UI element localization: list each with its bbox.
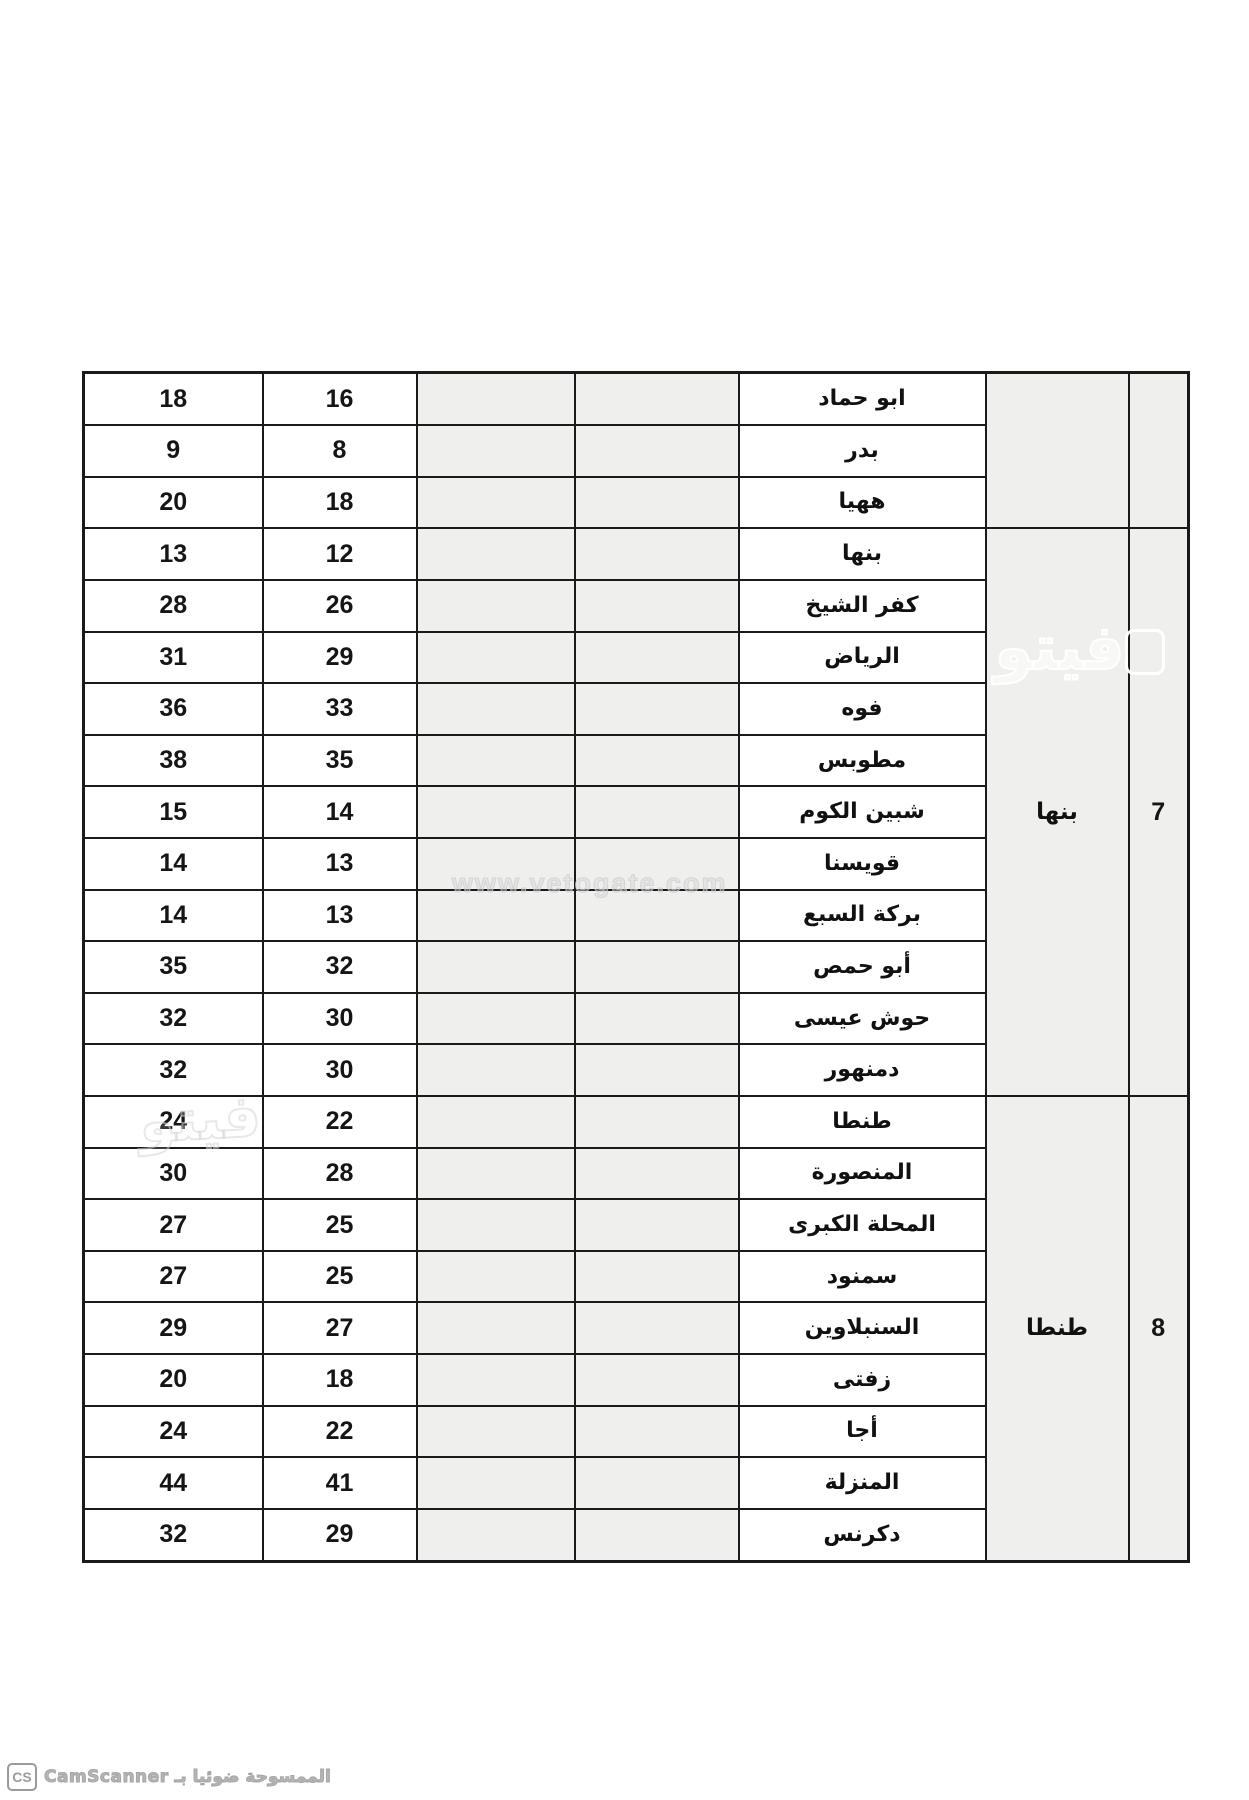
- value-cell: 26: [263, 580, 417, 632]
- empty-cell: [575, 425, 739, 477]
- city-name-cell: بدر: [739, 425, 986, 477]
- empty-cell: [417, 580, 575, 632]
- city-name-cell: فوه: [739, 683, 986, 735]
- empty-cell: [417, 1096, 575, 1148]
- value-cell: 32: [84, 993, 263, 1045]
- value-cell: 27: [84, 1251, 263, 1303]
- city-name-cell: المنزلة: [739, 1457, 986, 1509]
- empty-cell: [575, 580, 739, 632]
- value-cell: 29: [263, 632, 417, 684]
- empty-cell: [575, 1354, 739, 1406]
- empty-cell: [417, 1148, 575, 1200]
- city-name-cell: قويسنا: [739, 838, 986, 890]
- value-cell: 28: [263, 1148, 417, 1200]
- empty-cell: [417, 1406, 575, 1458]
- value-cell: 18: [263, 477, 417, 529]
- value-cell: 36: [84, 683, 263, 735]
- empty-cell: [417, 477, 575, 529]
- city-name-cell: كفر الشيخ: [739, 580, 986, 632]
- value-cell: 33: [263, 683, 417, 735]
- value-cell: 22: [263, 1406, 417, 1458]
- city-name-cell: السنبلاوين: [739, 1302, 986, 1354]
- city-name-cell: المحلة الكبرى: [739, 1199, 986, 1251]
- empty-cell: [417, 373, 575, 426]
- city-name-cell: مطوبس: [739, 735, 986, 787]
- value-cell: 13: [84, 528, 263, 580]
- city-name-cell: دكرنس: [739, 1509, 986, 1562]
- empty-cell: [575, 1302, 739, 1354]
- value-cell: 25: [263, 1251, 417, 1303]
- value-cell: 15: [84, 786, 263, 838]
- region-name-cell: طنطا: [986, 1096, 1129, 1562]
- scanned-document-page: ابو حماد1618بدر89ههيا18207بنهابنها1213كف…: [0, 0, 1249, 1800]
- value-cell: 27: [84, 1199, 263, 1251]
- value-cell: 14: [84, 890, 263, 942]
- empty-cell: [417, 890, 575, 942]
- value-cell: 44: [84, 1457, 263, 1509]
- empty-cell: [417, 683, 575, 735]
- table-row: ابو حماد1618: [84, 373, 1189, 426]
- value-cell: 38: [84, 735, 263, 787]
- value-cell: 27: [263, 1302, 417, 1354]
- empty-cell: [575, 1251, 739, 1303]
- empty-cell: [417, 786, 575, 838]
- empty-cell: [575, 1199, 739, 1251]
- empty-cell: [417, 993, 575, 1045]
- value-cell: 16: [263, 373, 417, 426]
- value-cell: 13: [263, 890, 417, 942]
- value-cell: 20: [84, 1354, 263, 1406]
- empty-cell: [575, 735, 739, 787]
- city-name-cell: بركة السبع: [739, 890, 986, 942]
- camscanner-footer: CS الممسوحة ضوئيا بـ CamScanner: [7, 1763, 331, 1791]
- value-cell: 29: [263, 1509, 417, 1562]
- value-cell: 30: [263, 993, 417, 1045]
- value-cell: 32: [84, 1509, 263, 1562]
- empty-cell: [417, 1354, 575, 1406]
- empty-cell: [575, 786, 739, 838]
- value-cell: 13: [263, 838, 417, 890]
- value-cell: 32: [263, 941, 417, 993]
- value-cell: 30: [263, 1044, 417, 1096]
- empty-cell: [575, 1096, 739, 1148]
- city-name-cell: سمنود: [739, 1251, 986, 1303]
- value-cell: 29: [84, 1302, 263, 1354]
- value-cell: 8: [263, 425, 417, 477]
- empty-cell: [417, 1302, 575, 1354]
- value-cell: 18: [84, 373, 263, 426]
- empty-cell: [417, 838, 575, 890]
- value-cell: 20: [84, 477, 263, 529]
- value-cell: 32: [84, 1044, 263, 1096]
- empty-cell: [575, 890, 739, 942]
- scanned-with-label: الممسوحة ضوئيا بـ CamScanner: [44, 1767, 331, 1787]
- empty-cell: [417, 425, 575, 477]
- empty-cell: [417, 1199, 575, 1251]
- value-cell: 28: [84, 580, 263, 632]
- city-name-cell: طنطا: [739, 1096, 986, 1148]
- empty-cell: [575, 1457, 739, 1509]
- empty-cell: [575, 528, 739, 580]
- city-name-cell: المنصورة: [739, 1148, 986, 1200]
- camscanner-logo-icon: CS: [7, 1763, 37, 1791]
- empty-cell: [575, 941, 739, 993]
- empty-cell: [575, 838, 739, 890]
- city-name-cell: بنها: [739, 528, 986, 580]
- empty-cell: [575, 1044, 739, 1096]
- table-row: 8طنطاطنطا2224: [84, 1096, 1189, 1148]
- data-table-body: ابو حماد1618بدر89ههيا18207بنهابنها1213كف…: [84, 373, 1189, 1562]
- empty-cell: [417, 735, 575, 787]
- city-name-cell: الرياض: [739, 632, 986, 684]
- value-cell: 22: [263, 1096, 417, 1148]
- empty-cell: [417, 1044, 575, 1096]
- empty-cell: [575, 477, 739, 529]
- empty-cell: [575, 993, 739, 1045]
- region-name-cell: بنها: [986, 528, 1129, 1096]
- empty-cell: [417, 941, 575, 993]
- city-name-cell: حوش عيسى: [739, 993, 986, 1045]
- value-cell: 9: [84, 425, 263, 477]
- empty-cell: [575, 632, 739, 684]
- city-name-cell: أبو حمص: [739, 941, 986, 993]
- empty-cell: [417, 1509, 575, 1562]
- empty-cell: [575, 1148, 739, 1200]
- empty-cell: [417, 1251, 575, 1303]
- value-cell: 35: [263, 735, 417, 787]
- empty-cell: [417, 1457, 575, 1509]
- group-number-cell: [1129, 373, 1189, 529]
- value-cell: 35: [84, 941, 263, 993]
- value-cell: 41: [263, 1457, 417, 1509]
- city-name-cell: شبين الكوم: [739, 786, 986, 838]
- value-cell: 14: [263, 786, 417, 838]
- city-name-cell: أجا: [739, 1406, 986, 1458]
- table-row: 7بنهابنها1213: [84, 528, 1189, 580]
- value-cell: 24: [84, 1096, 263, 1148]
- value-cell: 12: [263, 528, 417, 580]
- empty-cell: [417, 632, 575, 684]
- city-name-cell: ابو حماد: [739, 373, 986, 426]
- city-name-cell: دمنهور: [739, 1044, 986, 1096]
- city-name-cell: ههيا: [739, 477, 986, 529]
- value-cell: 24: [84, 1406, 263, 1458]
- empty-cell: [575, 373, 739, 426]
- value-cell: 31: [84, 632, 263, 684]
- group-number-cell: 8: [1129, 1096, 1189, 1562]
- empty-cell: [575, 1509, 739, 1562]
- value-cell: 14: [84, 838, 263, 890]
- region-name-cell: [986, 373, 1129, 529]
- empty-cell: [575, 683, 739, 735]
- empty-cell: [575, 1406, 739, 1458]
- city-name-cell: زفتى: [739, 1354, 986, 1406]
- group-number-cell: 7: [1129, 528, 1189, 1096]
- value-cell: 25: [263, 1199, 417, 1251]
- value-cell: 30: [84, 1148, 263, 1200]
- data-table: ابو حماد1618بدر89ههيا18207بنهابنها1213كف…: [82, 371, 1190, 1563]
- empty-cell: [417, 528, 575, 580]
- value-cell: 18: [263, 1354, 417, 1406]
